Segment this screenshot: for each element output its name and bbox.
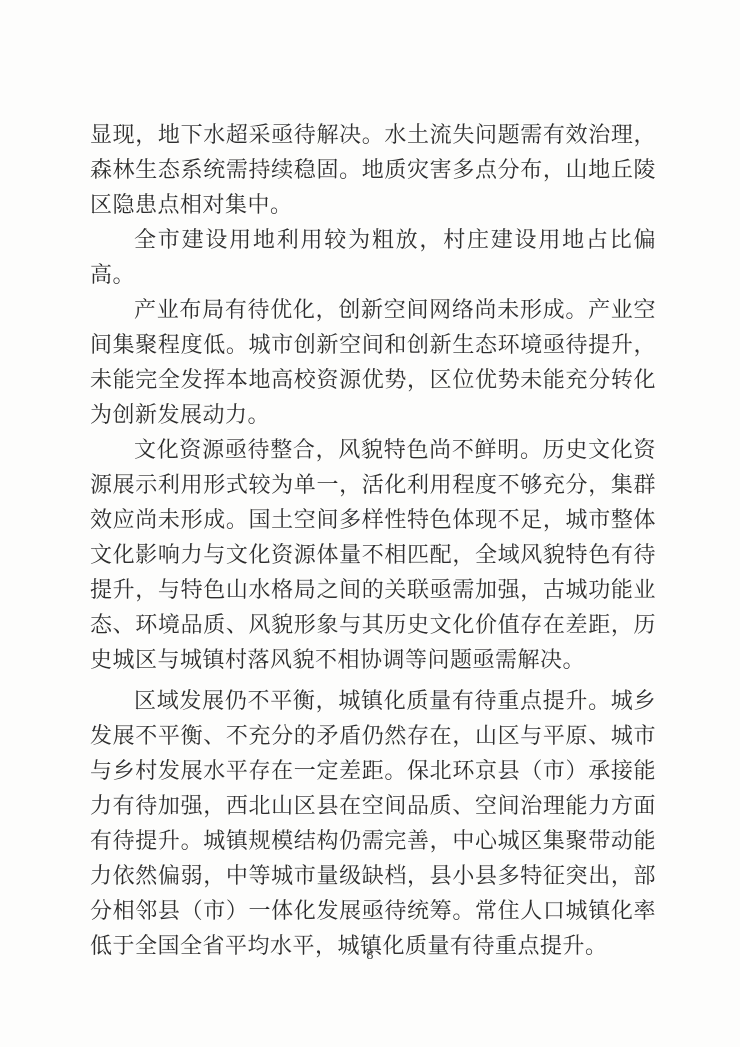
- document-body: 显现，地下水超采亟待解决。水土流失问题需有效治理，森林生态系统需持续稳固。地质灾…: [90, 118, 656, 964]
- paragraph-industry-layout: 产业布局有待优化，创新空间网络尚未形成。产业空间集聚程度低。城市创新空间和创新生…: [90, 293, 656, 433]
- paragraph-continuation: 显现，地下水超采亟待解决。水土流失问题需有效治理，森林生态系统需持续稳固。地质灾…: [90, 118, 656, 223]
- paragraph-land-use: 全市建设用地利用较为粗放，村庄建设用地占比偏高。: [90, 223, 656, 293]
- page-number: 8: [0, 948, 740, 962]
- paragraph-cultural-resources: 文化资源亟待整合，风貌特色尚不鲜明。历史文化资源展示利用形式较为单一，活化利用程…: [90, 433, 656, 678]
- document-page: 显现，地下水超采亟待解决。水土流失问题需有效治理，森林生态系统需持续稳固。地质灾…: [0, 0, 740, 1047]
- paragraph-regional-development: 区域发展仍不平衡，城镇化质量有待重点提升。城乡发展不平衡、不充分的矛盾仍然存在，…: [90, 684, 656, 964]
